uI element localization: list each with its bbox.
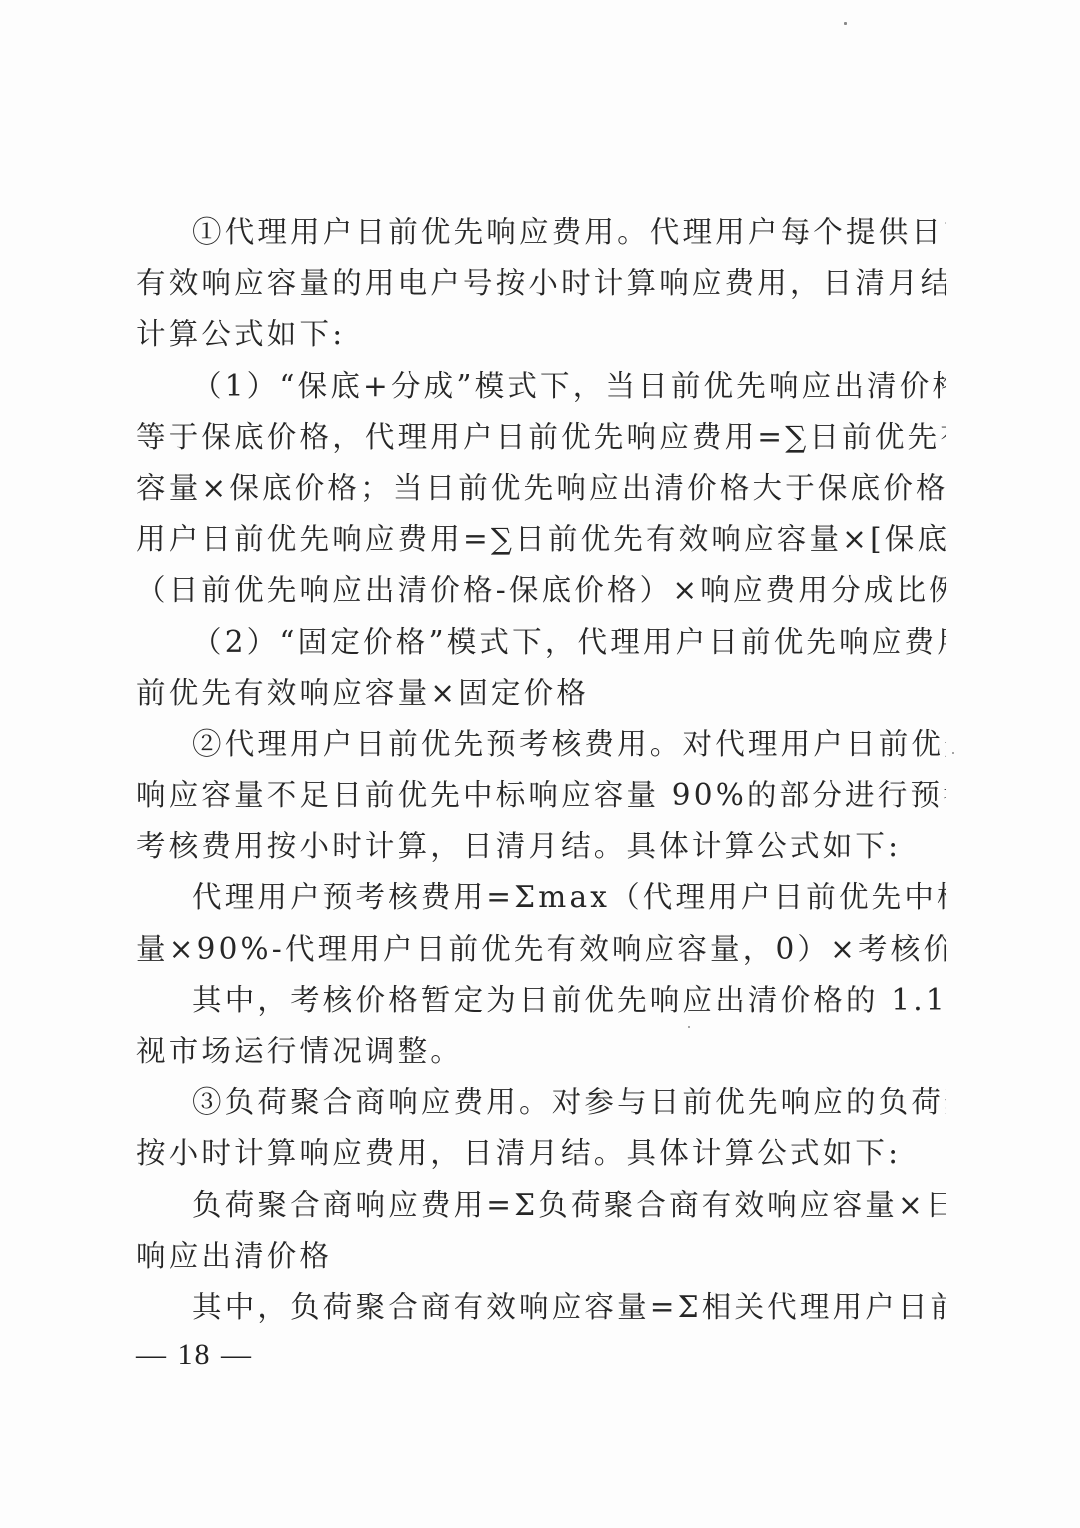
- text-line: 响应容量不足日前优先中标响应容量 90%的部分进行预考核，预: [136, 770, 946, 821]
- text-line: （日前优先响应出清价格-保底价格）×响应费用分成比例α]: [136, 565, 946, 616]
- text-line: ①代理用户日前优先响应费用。代理用户每个提供日前优先: [136, 207, 946, 258]
- text-line: 前优先有效响应容量×固定价格: [136, 668, 946, 719]
- document-body: ①代理用户日前优先响应费用。代理用户每个提供日前优先 有效响应容量的用电户号按小…: [136, 207, 946, 1333]
- text-line: 考核费用按小时计算，日清月结。具体计算公式如下:: [136, 821, 946, 872]
- text-line: 等于保底价格，代理用户日前优先响应费用=∑日前优先有效响应: [136, 412, 946, 463]
- scan-speck: [844, 22, 847, 25]
- text-line: 其中，负荷聚合商有效响应容量=Σ相关代理用户日前优先有: [136, 1282, 946, 1333]
- page-number: — 18 —: [136, 1338, 253, 1372]
- text-line: ②代理用户日前优先预考核费用。对代理用户日前优先有效: [136, 719, 946, 770]
- text-line: （2）“固定价格”模式下，代理用户日前优先响应费用=∑日: [136, 617, 946, 668]
- scan-speck: [952, 752, 954, 754]
- text-line: 用户日前优先响应费用=∑日前优先有效响应容量×[保底价格+: [136, 514, 946, 565]
- text-line: 量×90%-代理用户日前优先有效响应容量，0）×考核价格: [136, 924, 946, 975]
- text-line: 其中，考核价格暂定为日前优先响应出清价格的 1.1 倍，并: [136, 975, 946, 1026]
- text-line: 按小时计算响应费用，日清月结。具体计算公式如下:: [136, 1128, 946, 1179]
- text-line: 负荷聚合商响应费用=Σ负荷聚合商有效响应容量×日前优先: [136, 1180, 946, 1231]
- text-line: 响应出清价格: [136, 1231, 946, 1282]
- text-line: 有效响应容量的用电户号按小时计算响应费用，日清月结。具体: [136, 258, 946, 309]
- text-line: 视市场运行情况调整。: [136, 1026, 946, 1077]
- text-line: 计算公式如下:: [136, 309, 946, 360]
- text-line: 代理用户预考核费用=Σmax（代理用户日前优先中标响应容: [136, 872, 946, 923]
- text-line: 容量×保底价格；当日前优先响应出清价格大于保底价格，代理: [136, 463, 946, 514]
- document-page: ①代理用户日前优先响应费用。代理用户每个提供日前优先 有效响应容量的用电户号按小…: [0, 0, 1080, 1528]
- text-line: （1）“保底+分成”模式下，当日前优先响应出清价格小于或: [136, 361, 946, 412]
- text-line: ③负荷聚合商响应费用。对参与日前优先响应的负荷聚合商: [136, 1077, 946, 1128]
